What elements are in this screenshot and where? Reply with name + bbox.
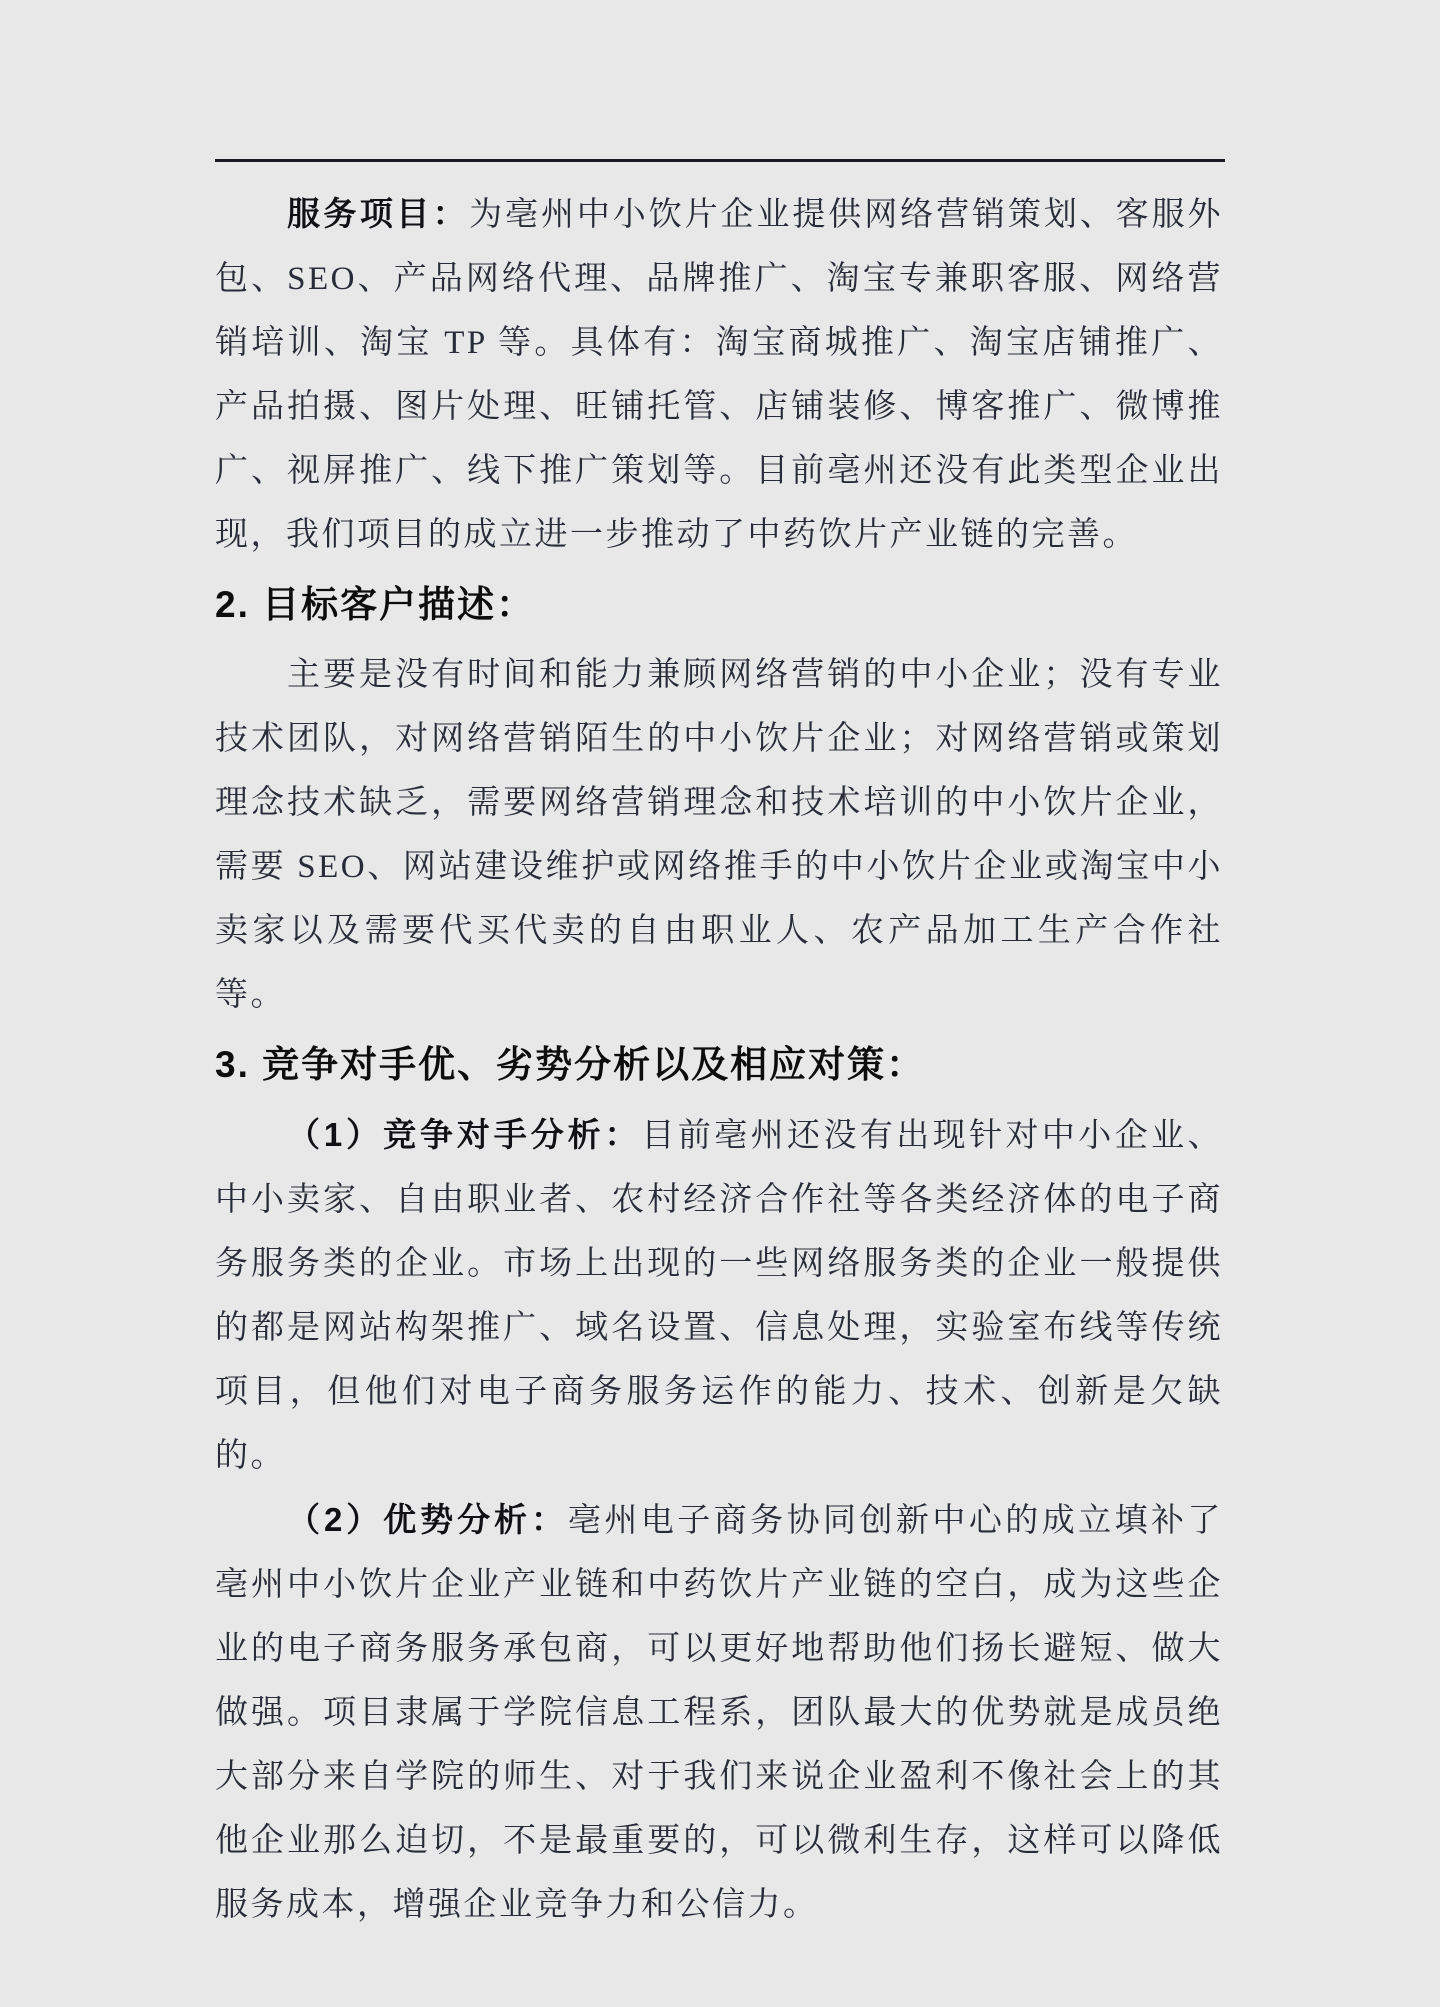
document-content: 服务项目：为亳州中小饮片企业提供网络营销策划、客服外包、SEO、产品网络代理、品… xyxy=(215,182,1223,1937)
paragraph-target-customers-text: 主要是没有时间和能力兼顾网络营销的中小企业；没有专业技术团队，对网络营销陌生的中… xyxy=(215,657,1223,1013)
paragraph-service-items-lead: 服务项目： xyxy=(287,195,469,232)
heading-competitor-analysis: 3. 竞争对手优、劣势分析以及相应对策： xyxy=(215,1027,1223,1103)
heading-target-customers: 2. 目标客户描述： xyxy=(215,567,1223,643)
paragraph-advantage-analysis: （2）优势分析：亳州电子商务协同创新中心的成立填补了亳州中小饮片企业产业链和中药… xyxy=(215,1488,1223,1937)
paragraph-competitor-analysis-lead: （1）竞争对手分析： xyxy=(287,1116,641,1153)
paragraph-advantage-analysis-text: 亳州电子商务协同创新中心的成立填补了亳州中小饮片企业产业链和中药饮片产业链的空白… xyxy=(215,1503,1223,1923)
paragraph-competitor-analysis-text: 目前亳州还没有出现针对中小企业、中小卖家、自由职业者、农村经济合作社等各类经济体… xyxy=(215,1118,1223,1474)
header-rule xyxy=(215,159,1225,162)
paragraph-service-items-text: 为亳州中小饮片企业提供网络营销策划、客服外包、SEO、产品网络代理、品牌推广、淘… xyxy=(215,197,1223,553)
paragraph-service-items: 服务项目：为亳州中小饮片企业提供网络营销策划、客服外包、SEO、产品网络代理、品… xyxy=(215,182,1223,567)
paragraph-advantage-analysis-lead: （2）优势分析： xyxy=(287,1501,568,1538)
paragraph-competitor-analysis: （1）竞争对手分析：目前亳州还没有出现针对中小企业、中小卖家、自由职业者、农村经… xyxy=(215,1103,1223,1488)
document-page: 服务项目：为亳州中小饮片企业提供网络营销策划、客服外包、SEO、产品网络代理、品… xyxy=(0,0,1440,2007)
paragraph-target-customers: 主要是没有时间和能力兼顾网络营销的中小企业；没有专业技术团队，对网络营销陌生的中… xyxy=(215,643,1223,1027)
